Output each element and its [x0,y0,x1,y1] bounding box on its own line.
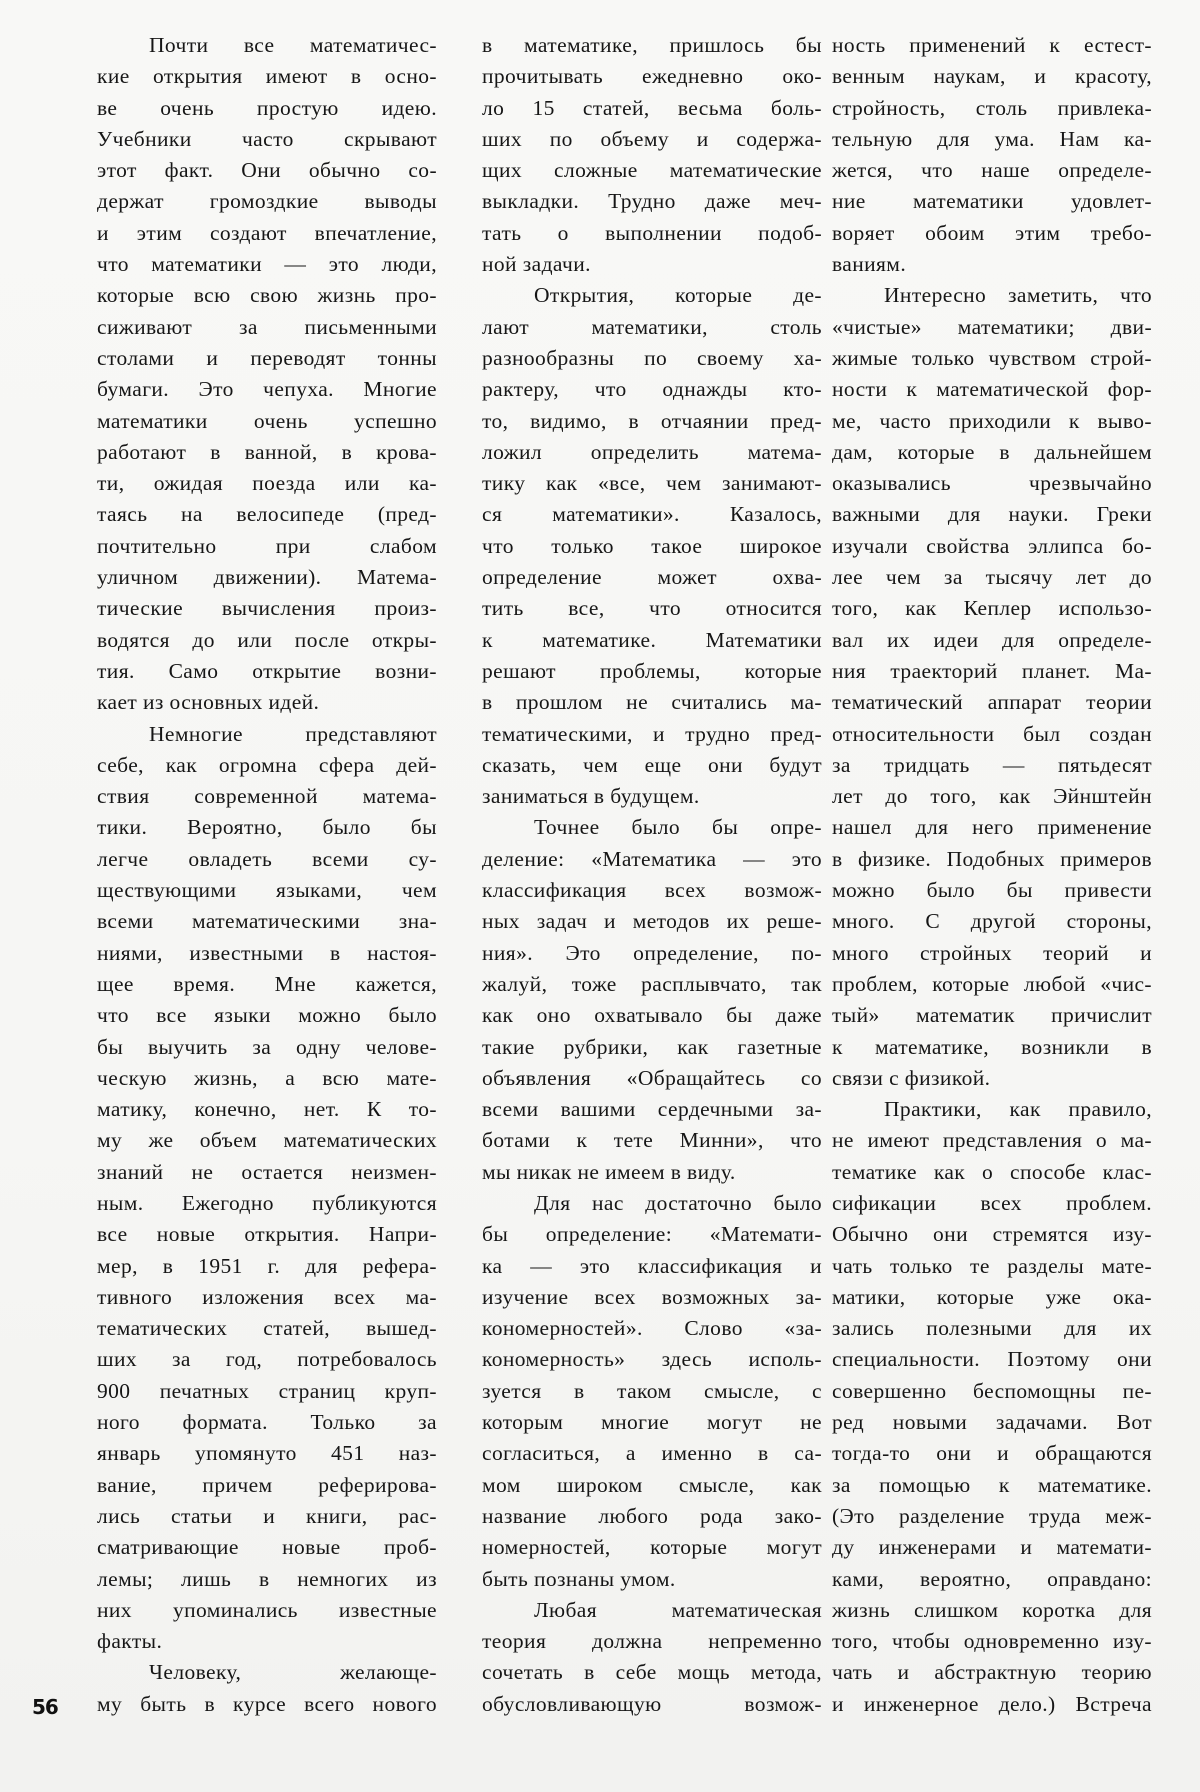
text-line: лее чем за тысячу лет до [832,562,1152,593]
text-line: работают в ванной, в крова- [97,437,437,468]
text-line: щих сложные математические [482,155,822,186]
text-line: деление: «Математика — это [482,844,822,875]
text-line: воряет обоим этим требо- [832,218,1152,249]
text-line: как оно охватывало бы даже [482,1000,822,1031]
text-line: сочетать в себе мощь метода, [482,1657,822,1688]
text-line: Обычно они стремятся изу- [832,1219,1152,1250]
text-line: ствия современной матема- [97,781,437,812]
text-line: тельную для ума. Нам ка- [832,124,1152,155]
text-line: уличном движении). Матема- [97,562,437,593]
text-line: прочитывать ежедневно око- [482,61,822,92]
text-line: ложил определить матема- [482,437,822,468]
text-line: «чистые» математики; дви- [832,312,1152,343]
text-line: кает из основных идей. [97,687,437,718]
text-line: жимые только чувством строй- [832,343,1152,374]
text-line: и этим создают впечатление, [97,218,437,249]
paragraph-first-line: Почти все математичес- [97,30,437,61]
text-line: в прошлом не считались ма- [482,687,822,718]
text-line: и инженерное дело.) Встреча [832,1689,1152,1720]
text-line: зуется в таком смысле, с [482,1376,822,1407]
text-line: оказывались чрезвычайно [832,468,1152,499]
page-number: 56 [32,1695,58,1719]
text-line: ками, вероятно, оправдано: [832,1564,1152,1595]
text-line: держат громоздкие выводы [97,186,437,217]
text-line: тики. Вероятно, было бы [97,812,437,843]
text-line: себе, как огромна сфера дей- [97,750,437,781]
text-line: тия. Само открытие возни- [97,656,437,687]
text-line: такие рубрики, как газетные [482,1032,822,1063]
text-line: столами и переводят тонны [97,343,437,374]
text-line: ботами к тете Минни», что [482,1125,822,1156]
paragraph-first-line: Практики, как правило, [832,1094,1152,1125]
text-line: что все языки можно было [97,1000,437,1031]
text-line: Учебники часто скрывают [97,124,437,155]
paragraph-first-line: Любая математическая [482,1595,822,1626]
text-line: стройность, столь привлека- [832,93,1152,124]
text-line: все новые открытия. Напри- [97,1219,437,1250]
text-line: ществующими языками, чем [97,875,437,906]
text-line: к математике. Математики [482,625,822,656]
text-column-left: Почти все математичес-кие открытия имеют… [97,30,437,1720]
paragraph-first-line: Человеку, желающе- [97,1657,437,1688]
text-line: му же объем математических [97,1125,437,1156]
text-line: в физике. Подобных примеров [832,844,1152,875]
text-line: жизнь слишком коротка для [832,1595,1152,1626]
text-line: мер, в 1951 г. для рефера- [97,1251,437,1282]
text-line: согласиться, а именно в са- [482,1438,822,1469]
text-line: ной задачи. [482,249,822,280]
text-line: что только такое широкое [482,531,822,562]
text-line: изучали свойства эллипса бо- [832,531,1152,562]
text-line: сификации всех проблем. [832,1188,1152,1219]
book-page: Почти все математичес-кие открытия имеют… [0,0,1200,1792]
text-line: которым многие могут не [482,1407,822,1438]
text-line: тать о выполнении подоб- [482,218,822,249]
text-line: ческую жизнь, а всю мате- [97,1063,437,1094]
text-line: них упоминались известные [97,1595,437,1626]
text-line: лись статьи и книги, рас- [97,1501,437,1532]
text-line: тематике как о способе клас- [832,1157,1152,1188]
text-line: ния траекторий планет. Ма- [832,656,1152,687]
text-line: ния». Это определение, по- [482,938,822,969]
text-line: бы выучить за одну челове- [97,1032,437,1063]
text-line: ние математики удовлет- [832,186,1152,217]
text-column-right: ность применений к естест-венным наукам,… [832,30,1152,1720]
text-line: тематических статей, вышед- [97,1313,437,1344]
text-line: специальности. Поэтому они [832,1344,1152,1375]
text-line: мом широком смысле, как [482,1470,822,1501]
text-line: ного формата. Только за [97,1407,437,1438]
text-line: за тридцать — пятьдесят [832,750,1152,781]
text-line: относительности был создан [832,719,1152,750]
text-line: ло 15 статей, весьма боль- [482,93,822,124]
text-line: кономерностей». Слово «за- [482,1313,822,1344]
text-line: которые всю свою жизнь про- [97,280,437,311]
text-line: объявления «Обращайтесь со [482,1063,822,1094]
text-line: водятся до или после откры- [97,625,437,656]
text-line: ме, часто приходили к выво- [832,406,1152,437]
text-line: чать только те разделы мате- [832,1251,1152,1282]
text-line: ниями, известными в настоя- [97,938,437,969]
text-line: матики, которые уже ока- [832,1282,1152,1313]
text-line: быть познаны умом. [482,1564,822,1595]
text-line: этот факт. Они обычно со- [97,155,437,186]
text-line: совершенно беспомощны пе- [832,1376,1152,1407]
text-line: тивного изложения всех ма- [97,1282,437,1313]
text-line: разнообразны по своему ха- [482,343,822,374]
text-line: 900 печатных страниц круп- [97,1376,437,1407]
text-line: мы никак не имеем в виду. [482,1157,822,1188]
text-line: за помощью к математике. [832,1470,1152,1501]
text-line: тый» математик причислит [832,1000,1152,1031]
text-line: ваниям. [832,249,1152,280]
paragraph-first-line: Точнее было бы опре- [482,812,822,843]
text-line: сматривающие новые проб- [97,1532,437,1563]
paragraph-first-line: Открытия, которые де- [482,280,822,311]
text-line: изучение всех возможных за- [482,1282,822,1313]
text-line: бумаги. Это чепуха. Многие [97,374,437,405]
text-line: определение может охва- [482,562,822,593]
paragraph-first-line: Немногие представляют [97,719,437,750]
text-line: ных задач и методов их реше- [482,906,822,937]
text-line: обусловливающую возмож- [482,1689,822,1720]
text-line: дам, которые в дальнейшем [832,437,1152,468]
text-column-middle: в математике, пришлось быпрочитывать еже… [482,30,822,1720]
text-line: того, как Кеплер использо- [832,593,1152,624]
text-line: ду инженерами и математи- [832,1532,1152,1563]
text-line: проблем, которые любой «чис- [832,969,1152,1000]
text-line: тические вычисления произ- [97,593,437,624]
text-line: почтительно при слабом [97,531,437,562]
text-line: вание, причем реферирова- [97,1470,437,1501]
text-line: тить все, что относится [482,593,822,624]
text-line: теория должна непременно [482,1626,822,1657]
text-line: тематическими, и трудно пред- [482,719,822,750]
text-line: много стройных теорий и [832,938,1152,969]
text-line: жалуй, тоже расплывчато, так [482,969,822,1000]
text-line: венным наукам, и красоту, [832,61,1152,92]
text-line: кие открытия имеют в осно- [97,61,437,92]
text-line: выкладки. Трудно даже меч- [482,186,822,217]
paragraph-first-line: Интересно заметить, что [832,280,1152,311]
text-line: ка — это классификация и [482,1251,822,1282]
text-line: название любого рода зако- [482,1501,822,1532]
text-line: сказать, чем еще они будут [482,750,822,781]
text-line: всеми математическими зна- [97,906,437,937]
text-line: бы определение: «Математи- [482,1219,822,1250]
text-line: ред новыми задачами. Вот [832,1407,1152,1438]
text-line: жется, что наше определе- [832,155,1152,186]
text-line: ти, ожидая поезда или ка- [97,468,437,499]
text-line: лет до того, как Эйнштейн [832,781,1152,812]
text-line: связи с физикой. [832,1063,1152,1094]
text-line: в математике, пришлось бы [482,30,822,61]
text-line: лают математики, столь [482,312,822,343]
text-line: зались полезными для их [832,1313,1152,1344]
text-line: ность применений к естест- [832,30,1152,61]
text-line: му быть в курсе всего нового [97,1689,437,1720]
text-line: ным. Ежегодно публикуются [97,1188,437,1219]
text-line: (Это разделение труда меж- [832,1501,1152,1532]
text-line: того, чтобы одновременно изу- [832,1626,1152,1657]
text-line: тику как «все, чем занимают- [482,468,822,499]
text-line: ности к математической фор- [832,374,1152,405]
text-line: то, видимо, в отчаянии пред- [482,406,822,437]
text-line: вал их идеи для определе- [832,625,1152,656]
text-line: щее время. Мне кажется, [97,969,437,1000]
text-line: нашел для него применение [832,812,1152,843]
text-line: номерностей, которые могут [482,1532,822,1563]
text-line: математики очень успешно [97,406,437,437]
text-line: легче овладеть всеми су- [97,844,437,875]
text-line: к математике, возникли в [832,1032,1152,1063]
text-line: сиживают за письменными [97,312,437,343]
text-line: всеми вашими сердечными за- [482,1094,822,1125]
text-line: таясь на велосипеде (пред- [97,499,437,530]
text-line: знаний не остается неизмен- [97,1157,437,1188]
text-line: классификация всех возмож- [482,875,822,906]
text-line: можно было бы привести [832,875,1152,906]
text-line: тематический аппарат теории [832,687,1152,718]
text-line: что математики — это люди, [97,249,437,280]
text-line: ся математики». Казалось, [482,499,822,530]
text-line: чать и абстрактную теорию [832,1657,1152,1688]
text-line: ших по объему и содержа- [482,124,822,155]
text-line: заниматься в будущем. [482,781,822,812]
text-line: ве очень простую идею. [97,93,437,124]
text-line: много. С другой стороны, [832,906,1152,937]
text-line: важными для науки. Греки [832,499,1152,530]
paragraph-first-line: Для нас достаточно было [482,1188,822,1219]
text-line: тогда-то они и обращаются [832,1438,1152,1469]
text-line: кономерность» здесь исполь- [482,1344,822,1375]
text-line: рактеру, что однажды кто- [482,374,822,405]
text-line: решают проблемы, которые [482,656,822,687]
text-line: январь упомянуто 451 наз- [97,1438,437,1469]
text-line: ших за год, потребовалось [97,1344,437,1375]
text-line: лемы; лишь в немногих из [97,1564,437,1595]
text-line: матику, конечно, нет. К то- [97,1094,437,1125]
text-line: факты. [97,1626,437,1657]
text-line: не имеют представления о ма- [832,1125,1152,1156]
